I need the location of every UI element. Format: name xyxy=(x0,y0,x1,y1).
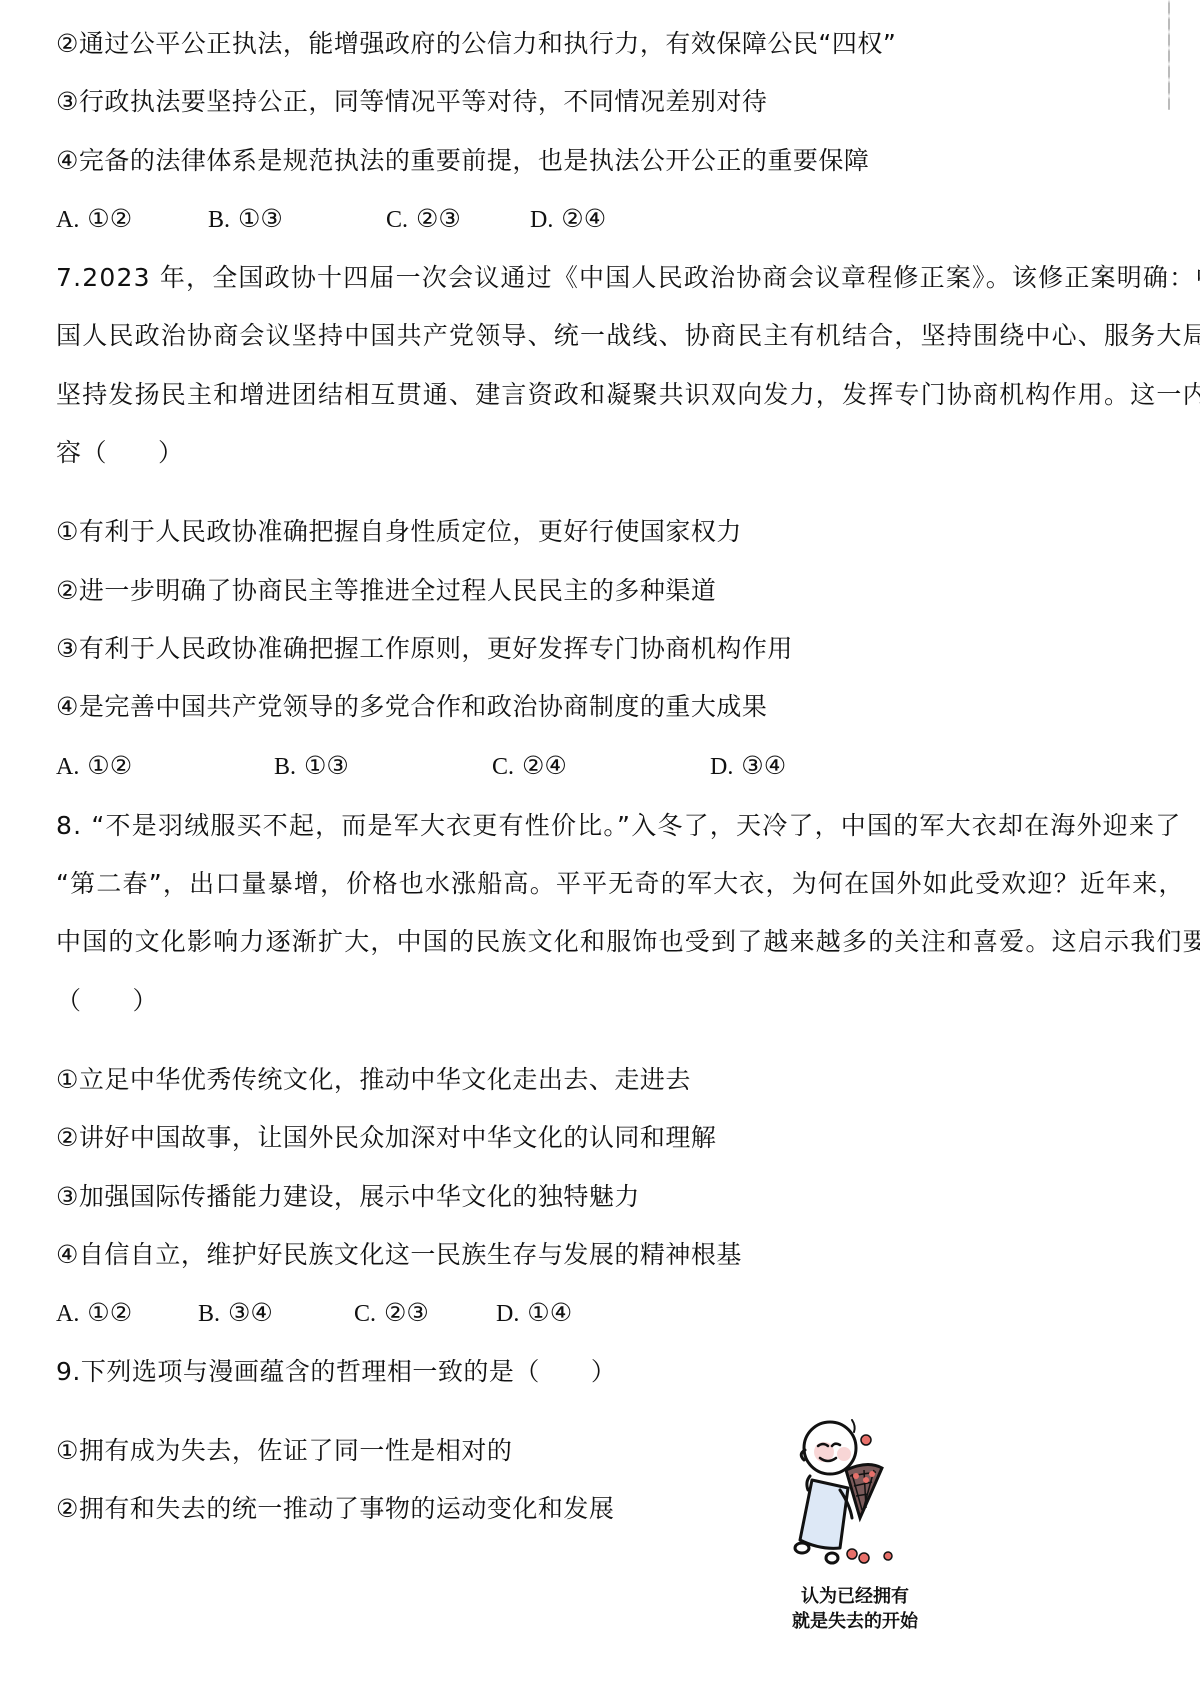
q7-option-c[interactable]: C. ②④ xyxy=(492,750,567,783)
q7-stem-line-1: 7.2023 年，全国政协十四届一次会议通过《中国人民政治协商会议章程修正案》。… xyxy=(56,262,1200,294)
q6-statement-4: ④完备的法律体系是规范执法的重要前提，也是执法公开公正的重要保障 xyxy=(56,145,869,177)
q6-option-c[interactable]: C. ②③ xyxy=(386,203,461,236)
q8-stem-line-2: “第二春”，出口量暴增，价格也水涨船高。平平无奇的军大衣，为何在国外如此受欢迎？… xyxy=(56,868,1185,900)
q6-option-b[interactable]: B. ①③ xyxy=(208,203,283,236)
q8-statement-2: ②讲好中国故事，让国外民众加深对中华文化的认同和理解 xyxy=(56,1122,716,1154)
q6-option-d[interactable]: D. ②④ xyxy=(530,203,606,236)
scan-margin-dots xyxy=(1168,0,1170,110)
q8-option-b[interactable]: B. ③④ xyxy=(198,1297,273,1330)
q8-stem-line-4: （ ） xyxy=(56,985,158,1017)
q7-stem-line-4: 容（ ） xyxy=(56,437,184,469)
q9-statement-1: ①拥有成为失去，佐证了同一性是相对的 xyxy=(56,1435,512,1467)
q7-option-b[interactable]: B. ①③ xyxy=(274,750,349,783)
q7-stem-line-2: 国人民政治协商会议坚持中国共产党领导、统一战线、协商民主有机结合，坚持围绕中心、… xyxy=(56,320,1200,352)
q8-option-d[interactable]: D. ①④ xyxy=(496,1297,572,1330)
exam-page: ②通过公平公正执法，能增强政府的公信力和执行力，有效保障公民“四权” ③行政执法… xyxy=(0,0,1200,1697)
cartoon-caption-line-2: 就是失去的开始 xyxy=(790,1610,920,1634)
q8-stem-line-3: 中国的文化影响力逐渐扩大，中国的民族文化和服饰也受到了越来越多的关注和喜爱。这启… xyxy=(56,926,1200,958)
q8-statement-3: ③加强国际传播能力建设，展示中华文化的独特魅力 xyxy=(56,1181,640,1213)
q6-statement-2: ②通过公平公正执法，能增强政府的公信力和执行力，有效保障公民“四权” xyxy=(56,28,896,60)
q7-statement-2: ②进一步明确了协商民主等推进全过程人民民主的多种渠道 xyxy=(56,575,716,607)
q7-stem-line-3: 坚持发扬民主和增进团结相互贯通、建言资政和凝聚共识双向发力，发挥专门协商机构作用… xyxy=(56,379,1200,411)
q6-statement-3: ③行政执法要坚持公正，同等情况平等对待，不同情况差别对待 xyxy=(56,86,767,118)
q8-option-c[interactable]: C. ②③ xyxy=(354,1297,429,1330)
q7-statement-1: ①有利于人民政协准确把握自身性质定位，更好行使国家权力 xyxy=(56,516,742,548)
q7-option-a[interactable]: A. ①② xyxy=(56,750,132,783)
q9-statement-2: ②拥有和失去的统一推动了事物的运动变化和发展 xyxy=(56,1493,614,1525)
q6-option-a[interactable]: A. ①② xyxy=(56,203,132,236)
q7-option-d[interactable]: D. ③④ xyxy=(710,750,786,783)
q7-statement-4: ④是完善中国共产党领导的多党合作和政治协商制度的重大成果 xyxy=(56,691,767,723)
q9-stem: 9.下列选项与漫画蕴含的哲理相一致的是（ ） xyxy=(56,1356,616,1388)
cartoon-caption-line-1: 认为已经拥有 xyxy=(790,1585,920,1609)
monk-figure-icon xyxy=(795,1420,856,1563)
q8-option-a[interactable]: A. ①② xyxy=(56,1297,132,1330)
q7-statement-3: ③有利于人民政协准确把握工作原则，更好发挥专门协商机构作用 xyxy=(56,633,793,665)
q8-statement-1: ①立足中华优秀传统文化，推动中华文化走出去、走进去 xyxy=(56,1064,691,1096)
cartoon-monk-illustration xyxy=(790,1410,940,1580)
q8-statement-4: ④自信自立，维护好民族文化这一民族生存与发展的精神根基 xyxy=(56,1239,742,1271)
q8-stem-line-1: 8. “不是羽绒服买不起，而是军大衣更有性价比。”入冬了，天冷了，中国的军大衣却… xyxy=(56,810,1181,842)
